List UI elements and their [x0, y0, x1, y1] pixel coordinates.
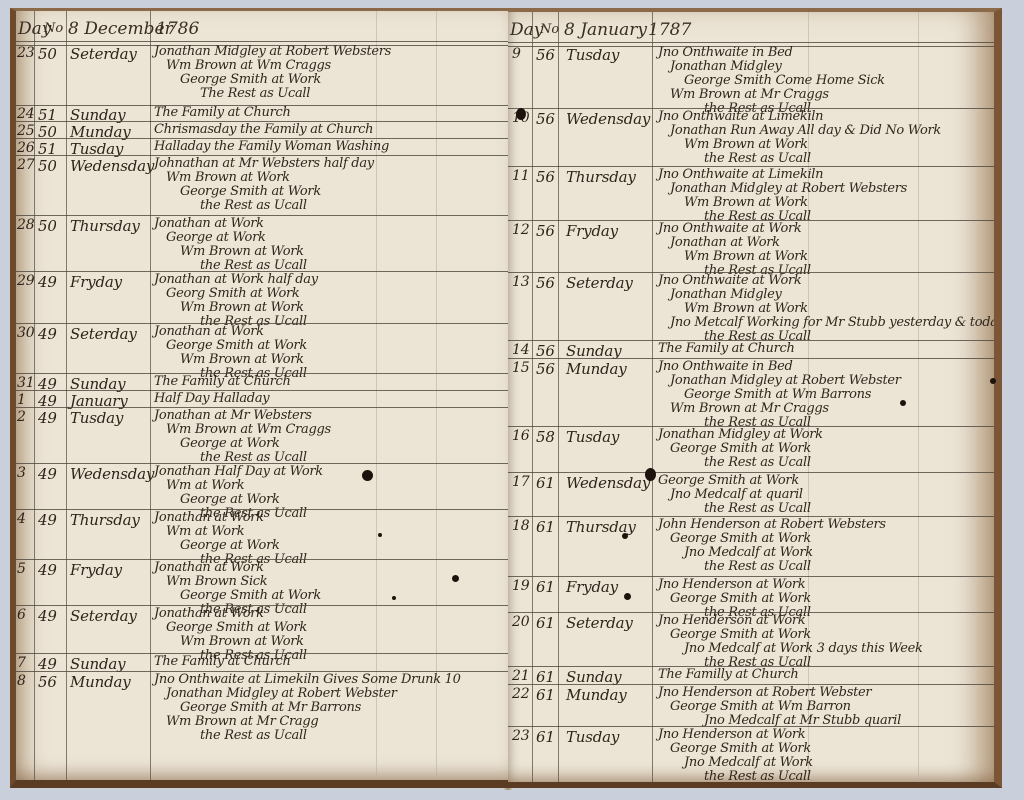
weekday: Munday [566, 360, 627, 378]
entry-line: Johnathan at Mr Websters half day [154, 157, 374, 171]
entry-lines: Jno Henderson at WorkGeorge Smith at Wor… [658, 728, 813, 784]
entry-number: 61 [536, 518, 555, 536]
ledger-row: 1861ThursdayJohn Henderson at Robert Web… [508, 516, 994, 576]
entry-line: George Smith at Work [154, 185, 374, 199]
ledger-row: 1761WedensdayGeorge Smith at WorkJno Med… [508, 472, 994, 516]
weekday: Tusday [566, 428, 619, 446]
number-column-header: No [540, 22, 559, 37]
entry-number: 49 [38, 511, 57, 529]
entry-line: Halladay the Family Woman Washing [154, 140, 389, 154]
entry-number: 49 [38, 561, 57, 579]
left-page-header: Day No 8 December 1786 [16, 17, 508, 43]
entry-lines: Jonathan at Work half dayGeorg Smith at … [154, 273, 318, 329]
weekday: Wedensday [70, 157, 154, 175]
entry-line: George Smith at Work [154, 621, 307, 635]
day-column-header: Day [510, 20, 543, 40]
day-number: 31 [17, 375, 34, 391]
entry-number: 56 [536, 360, 555, 378]
entry-number: 56 [536, 46, 555, 64]
entry-line: Jno Henderson at Work [658, 578, 811, 592]
day-number: 25 [17, 123, 34, 139]
entry-lines: Chrismasday the Family at Church [154, 123, 373, 137]
ledger-row: 2261MundayJno Henderson at Robert Webste… [508, 684, 994, 726]
entry-lines: Jonathan Midgley at Robert WebstersWm Br… [154, 45, 391, 101]
entry-line: Jonathan Run Away All day & Did No Work [658, 124, 941, 138]
ledger-row: 2850ThursdayJonathan at WorkGeorge at Wo… [16, 215, 508, 271]
entry-line: Wm Brown at Mr Cragg [154, 715, 461, 729]
entry-line: John Henderson at Robert Websters [658, 518, 886, 532]
weekday: Munday [70, 673, 131, 691]
entry-line: George Smith at Wm Barron [658, 700, 901, 714]
entry-line: Jno Medcalf at Work [658, 546, 886, 560]
day-number: 22 [512, 686, 529, 702]
entry-line: George Smith at Work [658, 628, 923, 642]
entry-line: The Family at Church [154, 655, 291, 669]
day-number: 19 [512, 578, 529, 594]
ledger-row: 1556MundayJno Onthwaite in BedJonathan M… [508, 358, 994, 426]
weekday: Seterday [70, 45, 137, 63]
entry-line: Wm Brown at Work [658, 302, 1002, 316]
ink-blot [622, 533, 628, 539]
entry-number: 61 [536, 686, 555, 704]
ledger-spread: Day No 8 December 1786 2350SeterdayJonat… [0, 0, 1024, 800]
ink-blot [378, 533, 382, 537]
entry-line: George Smith at Work [658, 532, 886, 546]
day-number: 15 [512, 360, 529, 376]
day-number: 23 [17, 45, 34, 61]
entry-lines: The Family at Church [154, 655, 291, 669]
entry-number: 56 [536, 274, 555, 292]
entry-line: the Rest as Ucall [658, 560, 886, 574]
entry-line: Half Day Halladay [154, 392, 269, 406]
entry-line: Wm Brown at Work [154, 171, 374, 185]
ink-blot [624, 593, 631, 600]
entry-line: the Rest as Ucall [658, 770, 813, 784]
ink-blot [392, 596, 396, 600]
day-number: 28 [17, 217, 34, 233]
entry-line: Jno Henderson at Work [658, 728, 813, 742]
ledger-row: 2061SeterdayJno Henderson at WorkGeorge … [508, 612, 994, 666]
day-number: 6 [17, 607, 26, 623]
month-header: 8 January [564, 20, 647, 40]
entry-line: Wm Brown at Work [154, 635, 307, 649]
entry-lines: George Smith at WorkJno Medcalf at quari… [658, 474, 811, 516]
entry-lines: Johnathan at Mr Websters half dayWm Brow… [154, 157, 374, 213]
day-number: 18 [512, 518, 529, 534]
weekday: Thursday [70, 511, 140, 529]
ledger-row: 2550MundayChrismasday the Family at Chur… [16, 121, 508, 138]
entry-line: Jno Onthwaite at Work [658, 222, 811, 236]
weekday: Fryday [70, 273, 122, 291]
entry-line: Jno Medcalf at Work 3 days this Week [658, 642, 923, 656]
entry-line: Jonathan at Work [154, 561, 321, 575]
entry-line: the Rest as Ucall [658, 456, 823, 470]
entry-line: George Smith at Work [154, 589, 321, 603]
entry-line: George at Work [154, 437, 331, 451]
entry-number: 50 [38, 45, 57, 63]
left-page: Day No 8 December 1786 2350SeterdayJonat… [10, 8, 508, 788]
entry-line: Wm Brown Sick [154, 575, 321, 589]
entry-line: Jonathan Midgley [658, 288, 1002, 302]
ledger-row: 1156ThursdayJno Onthwaite at LimekilnJon… [508, 166, 994, 220]
entry-line: Wm at Work [154, 525, 307, 539]
day-number: 26 [17, 140, 34, 156]
entry-line: Jonathan at Work half day [154, 273, 318, 287]
entry-line: The Familly at Church [658, 668, 798, 682]
entry-line: Jonathan at Mr Websters [154, 409, 331, 423]
entry-line: Jno Onthwaite at Limekiln Gives Some Dru… [154, 673, 461, 687]
day-number: 5 [17, 561, 26, 577]
ledger-row: 2949FrydayJonathan at Work half dayGeorg… [16, 271, 508, 323]
entry-number: 50 [38, 157, 57, 175]
weekday: Seterday [566, 274, 633, 292]
entry-lines: Jno Onthwaite in BedJonathan MidgleyGeor… [658, 46, 885, 116]
day-number: 4 [17, 511, 26, 527]
ledger-row: 3149SundayThe Family at Church [16, 373, 508, 390]
entry-lines: Half Day Halladay [154, 392, 269, 406]
right-page: Day No 8 January 1787 956TusdayJno Onthw… [508, 8, 1002, 788]
entry-line: The Family at Church [154, 375, 291, 389]
day-number: 7 [17, 655, 26, 671]
entry-line: George Smith at Work [658, 742, 813, 756]
entry-line: Chrismasday the Family at Church [154, 123, 373, 137]
ledger-row: 249TusdayJonathan at Mr WebstersWm Brown… [16, 407, 508, 463]
day-number: 8 [17, 673, 26, 689]
entry-lines: Jno Onthwaite at WorkJonathan MidgleyWm … [658, 274, 1002, 344]
ink-blot [452, 575, 459, 582]
ledger-row: 149JanuaryHalf Day Halladay [16, 390, 508, 407]
weekday: Wedensday [566, 474, 650, 492]
day-number: 13 [512, 274, 529, 290]
entry-lines: The Family at Church [658, 342, 795, 356]
entry-line: Wm Brown at Work [658, 196, 907, 210]
entry-line: the Rest as Ucall [154, 729, 461, 743]
weekday: Thursday [70, 217, 140, 235]
entry-number: 58 [536, 428, 555, 446]
weekday: Wedensday [566, 110, 650, 128]
entry-line: Wm Brown at Work [154, 245, 307, 259]
entry-line: George at Work [154, 539, 307, 553]
day-number: 11 [512, 168, 529, 184]
entry-lines: Jno Henderson at WorkGeorge Smith at Wor… [658, 614, 923, 670]
ink-blot [516, 108, 526, 120]
weekday: Thursday [566, 168, 636, 186]
ink-blot [900, 400, 906, 406]
entry-line: the Rest as Ucall [154, 199, 374, 213]
entry-line: George at Work [154, 493, 323, 507]
entry-lines: The Family at Church [154, 375, 291, 389]
ink-blot [362, 470, 373, 481]
entry-line: Wm Brown at Work [658, 250, 811, 264]
day-number: 20 [512, 614, 529, 630]
entry-line: The Rest as Ucall [154, 87, 391, 101]
entry-lines: Jonathan Midgley at WorkGeorge Smith at … [658, 428, 823, 470]
ledger-row: 549FrydayJonathan at WorkWm Brown SickGe… [16, 559, 508, 605]
entry-line: George Smith at Work [658, 474, 811, 488]
entry-number: 56 [38, 673, 57, 691]
day-number: 9 [512, 46, 521, 62]
entry-line: George Smith at Work [658, 442, 823, 456]
ledger-row: 449ThursdayJonathan at WorkWm at WorkGeo… [16, 509, 508, 559]
entry-lines: The Familly at Church [658, 668, 798, 682]
entry-line: Jno Medcalf at quaril [658, 488, 811, 502]
ledger-row: 2350SeterdayJonathan Midgley at Robert W… [16, 43, 508, 105]
entry-line: Jonathan at Work [154, 511, 307, 525]
entry-line: Jno Onthwaite in Bed [658, 46, 885, 60]
entry-line: Jno Onthwaite in Bed [658, 360, 901, 374]
entry-lines: Jno Onthwaite at WorkJonathan at WorkWm … [658, 222, 811, 278]
entry-line: Jno Onthwaite at Limekiln [658, 110, 941, 124]
ledger-row: 1056WedensdayJno Onthwaite at LimekilnJo… [508, 108, 994, 166]
day-number: 29 [17, 273, 34, 289]
weekday: Seterday [566, 614, 633, 632]
weekday: Fryday [70, 561, 122, 579]
entry-number: 56 [536, 222, 555, 240]
weekday: Fryday [566, 222, 618, 240]
entry-line: Wm Brown at Work [658, 138, 941, 152]
day-number: 3 [17, 465, 26, 481]
entry-line: Wm Brown at Work [154, 353, 307, 367]
entry-lines: Jno Onthwaite at LimekilnJonathan Run Aw… [658, 110, 941, 166]
entry-lines: Jno Henderson at Robert WebsterGeorge Sm… [658, 686, 901, 728]
entry-line: Jno Henderson at Work [658, 614, 923, 628]
ledger-row: 2451SundayThe Family at Church [16, 104, 508, 121]
entry-line: Wm Brown at Wm Craggs [154, 59, 391, 73]
entry-line: the Rest as Ucall [658, 502, 811, 516]
entry-number: 61 [536, 728, 555, 746]
entry-line: George Smith at Wm Barrons [658, 388, 901, 402]
ledger-row: 1658TusdayJonathan Midgley at WorkGeorge… [508, 426, 994, 472]
entry-line: The Family at Church [658, 342, 795, 356]
entry-line: George at Work [154, 231, 307, 245]
entry-lines: The Family at Church [154, 106, 291, 120]
entry-lines: Halladay the Family Woman Washing [154, 140, 389, 154]
ledger-row: 856MundayJno Onthwaite at Limekiln Gives… [16, 671, 508, 783]
entry-number: 61 [536, 614, 555, 632]
day-number: 12 [512, 222, 529, 238]
right-page-header: Day No 8 January 1787 [508, 18, 994, 44]
ledger-row: 349WedensdayJonathan Half Day at WorkWm … [16, 463, 508, 509]
day-number: 2 [17, 409, 26, 425]
entry-lines: Jonathan at Mr WebstersWm Brown at Wm Cr… [154, 409, 331, 465]
entry-number: 49 [38, 273, 57, 291]
entry-number: 50 [38, 217, 57, 235]
ledger-row: 649SeterdayJonathan at WorkGeorge Smith … [16, 605, 508, 653]
entry-lines: John Henderson at Robert WebstersGeorge … [658, 518, 886, 574]
day-number: 1 [17, 392, 26, 408]
weekday: Wedensday [70, 465, 154, 483]
entry-line: Wm Brown at Work [154, 301, 318, 315]
entry-line: Jno Henderson at Robert Webster [658, 686, 901, 700]
entry-line: George Smith at Work [154, 339, 307, 353]
day-number: 30 [17, 325, 34, 341]
entry-lines: Jno Onthwaite in BedJonathan Midgley at … [658, 360, 901, 430]
entry-line: Georg Smith at Work [154, 287, 318, 301]
entry-lines: Jno Onthwaite at LimekilnJonathan Midgle… [658, 168, 907, 224]
ledger-row: 1961FrydayJno Henderson at WorkGeorge Sm… [508, 576, 994, 612]
entry-line: Jno Onthwaite at Limekiln [658, 168, 907, 182]
entry-line: Jno Onthwaite at Work [658, 274, 1002, 288]
entry-lines: Jno Onthwaite at Limekiln Gives Some Dru… [154, 673, 461, 743]
ink-blot [645, 468, 656, 481]
weekday: Tusday [70, 409, 123, 427]
entry-line: Jonathan Midgley at Robert Websters [154, 45, 391, 59]
entry-number: 49 [38, 325, 57, 343]
day-number: 27 [17, 157, 34, 173]
entry-number: 49 [38, 465, 57, 483]
day-number: 21 [512, 668, 529, 684]
day-number: 17 [512, 474, 529, 490]
entry-line: George Smith Come Home Sick [658, 74, 885, 88]
entry-line: the Rest as Ucall [658, 152, 941, 166]
ledger-row: 1456SundayThe Family at Church [508, 340, 994, 358]
weekday: Tusday [566, 728, 619, 746]
entry-line: George Smith at Work [658, 592, 811, 606]
ledger-row: 2361TusdayJno Henderson at WorkGeorge Sm… [508, 726, 994, 786]
day-number: 16 [512, 428, 529, 444]
ledger-row: 2161SundayThe Familly at Church [508, 666, 994, 684]
entry-line: Jonathan Midgley at Robert Webster [154, 687, 461, 701]
entry-line: Wm Brown at Wm Craggs [154, 423, 331, 437]
entry-line: Wm Brown at Mr Craggs [658, 88, 885, 102]
entry-line: Wm at Work [154, 479, 323, 493]
weekday: Munday [566, 686, 627, 704]
entry-line: Jonathan at Work [154, 217, 307, 231]
ledger-row: 2651TusdayHalladay the Family Woman Wash… [16, 138, 508, 155]
day-number: 23 [512, 728, 529, 744]
entry-number: 56 [536, 110, 555, 128]
entry-line: Wm Brown at Mr Craggs [658, 402, 901, 416]
entry-line: Jonathan Midgley [658, 60, 885, 74]
entry-line: Jonathan at Work [154, 325, 307, 339]
entry-lines: Jonathan at WorkGeorge at WorkWm Brown a… [154, 217, 307, 273]
entry-number: 49 [38, 409, 57, 427]
ledger-row: 1356SeterdayJno Onthwaite at WorkJonatha… [508, 272, 994, 340]
ink-blot [990, 378, 996, 384]
number-column-header: No [44, 21, 63, 36]
entry-line: Jonathan Midgley at Robert Websters [658, 182, 907, 196]
weekday: Tusday [566, 46, 619, 64]
ledger-row: 3049SeterdayJonathan at WorkGeorge Smith… [16, 323, 508, 373]
entry-line: Jonathan Midgley at Work [658, 428, 823, 442]
ledger-row: 1256FrydayJno Onthwaite at WorkJonathan … [508, 220, 994, 272]
entry-line: Jno Medcalf at Work [658, 756, 813, 770]
weekday: Seterday [70, 325, 137, 343]
weekday: Fryday [566, 578, 618, 596]
entry-line: Jonathan at Work [154, 607, 307, 621]
entry-line: The Family at Church [154, 106, 291, 120]
entry-line: Jonathan at Work [658, 236, 811, 250]
entry-line: Jno Metcalf Working for Mr Stubb yesterd… [658, 316, 1002, 330]
ledger-row: 2750WedensdayJohnathan at Mr Websters ha… [16, 155, 508, 215]
ledger-row: 749SundayThe Family at Church [16, 653, 508, 671]
entry-number: 61 [536, 474, 555, 492]
year-header: 1787 [648, 20, 691, 40]
entry-number: 61 [536, 578, 555, 596]
weekday: Seterday [70, 607, 137, 625]
day-number: 24 [17, 106, 34, 122]
entry-number: 49 [38, 607, 57, 625]
year-header: 1786 [156, 19, 199, 39]
entry-line: Jonathan Midgley at Robert Webster [658, 374, 901, 388]
entry-number: 56 [536, 168, 555, 186]
ledger-row: 956TusdayJno Onthwaite in BedJonathan Mi… [508, 44, 994, 108]
entry-line: Jonathan Half Day at Work [154, 465, 323, 479]
entry-line: George Smith at Mr Barrons [154, 701, 461, 715]
entry-line: George Smith at Work [154, 73, 391, 87]
day-number: 14 [512, 342, 529, 358]
